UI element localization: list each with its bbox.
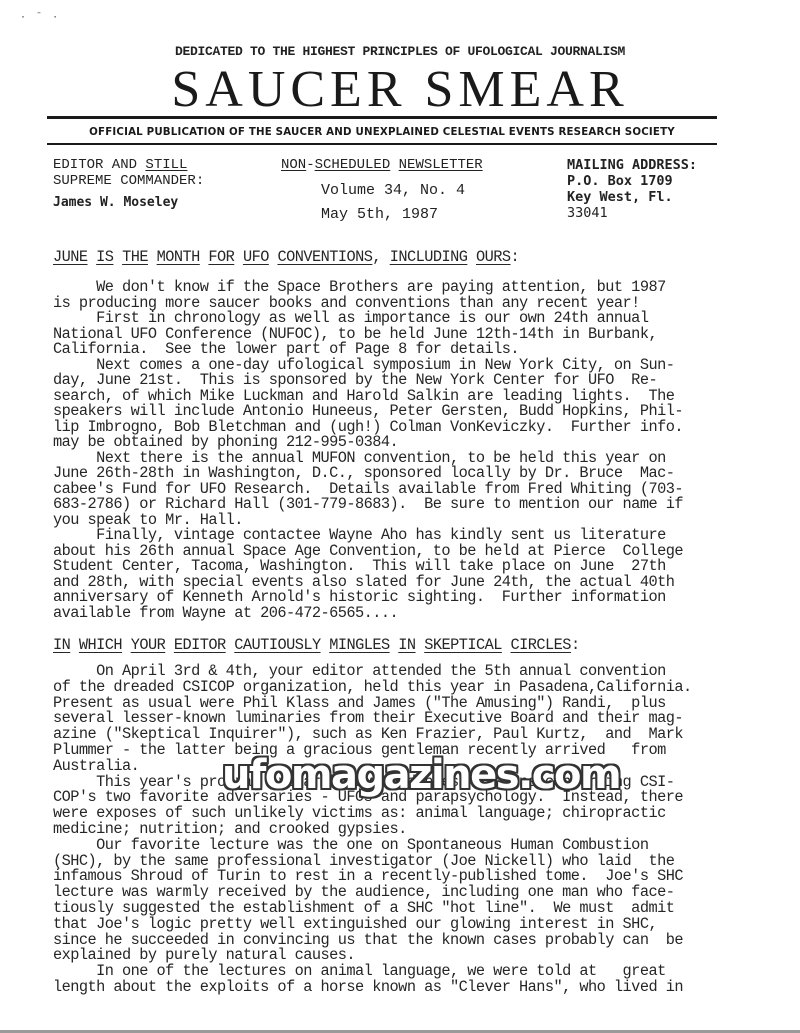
- masthead-subtitle: OFFICIAL PUBLICATION OF THE SAUCER AND U…: [70, 125, 693, 138]
- heading-word: SKEPTICAL: [424, 636, 502, 654]
- heading-word: EDITOR: [174, 636, 226, 654]
- issue-date: May 5th, 1987: [281, 207, 521, 223]
- heading-word: JUNE: [53, 248, 88, 266]
- mailing-address-block: MAILING ADDRESS: P.O. Box 1709 Key West,…: [567, 157, 697, 221]
- editor-label-still: STILL: [145, 157, 187, 173]
- masthead-title: SAUCER SMEAR: [0, 62, 800, 118]
- section-heading-skeptical: IN WHICH YOUR EDITOR CAUTIOUSLY MINGLES …: [53, 636, 580, 654]
- editor-label-line-2: SUPREME COMMANDER:: [53, 173, 204, 189]
- newsletter-label-newsletter: NEWSLETTER: [399, 157, 483, 173]
- address-line-3: 33041: [567, 205, 697, 221]
- heading-word: MINGLES: [329, 636, 389, 654]
- newsletter-label-scheduled: SCHEDULED: [315, 157, 391, 173]
- volume-number: Volume 34, No. 4: [281, 183, 521, 199]
- watermark: ufomagazines.com: [222, 752, 620, 798]
- masthead-dedication: DEDICATED TO THE HIGHEST PRINCIPLES OF U…: [0, 44, 800, 59]
- section-body-skeptical: On April 3rd & 4th, your editor attended…: [53, 664, 773, 996]
- heading-word: CONVENTIONS: [277, 248, 372, 266]
- heading-word: OURS: [476, 248, 511, 266]
- heading-word: YOUR: [131, 636, 166, 654]
- newsletter-label-dash: -: [306, 157, 314, 173]
- heading-word: MONTH: [157, 248, 200, 266]
- heading-word: FOR: [208, 248, 234, 266]
- newsletter-label-non: NON: [281, 157, 306, 173]
- newsletter-block: NON-SCHEDULED NEWSLETTER Volume 34, No. …: [281, 157, 521, 223]
- section-heading-conventions: JUNE IS THE MONTH FOR UFO CONVENTIONS, I…: [53, 248, 519, 266]
- scan-specks: · ¯ ·: [20, 12, 60, 23]
- newsletter-label: NON-SCHEDULED NEWSLETTER: [281, 157, 521, 173]
- section-body-conventions: We don't know if the Space Brothers are …: [53, 280, 773, 621]
- heading-word: WHICH: [79, 636, 122, 654]
- masthead-rule-bottom: [47, 143, 717, 145]
- mailing-address-label: MAILING ADDRESS:: [567, 157, 697, 173]
- heading-word: IN: [53, 636, 70, 654]
- heading-word: UFO: [243, 248, 269, 266]
- editor-name: James W. Moseley: [53, 195, 204, 211]
- newsletter-label-space: [390, 157, 398, 173]
- heading-word: IS: [96, 248, 113, 266]
- heading-word: CIRCLES: [511, 636, 571, 654]
- address-line-1: P.O. Box 1709: [567, 173, 697, 189]
- masthead-rule-top: [47, 116, 717, 119]
- editor-label-text: EDITOR AND: [53, 157, 145, 173]
- heading-word: CAUTIOUSLY: [234, 636, 320, 654]
- address-line-2: Key West, Fl.: [567, 189, 697, 205]
- heading-word: IN: [398, 636, 415, 654]
- editor-block: EDITOR AND STILL SUPREME COMMANDER: Jame…: [53, 157, 204, 211]
- heading-word: INCLUDING: [390, 248, 468, 266]
- heading-word: THE: [122, 248, 148, 266]
- editor-label-line-1: EDITOR AND STILL: [53, 157, 204, 173]
